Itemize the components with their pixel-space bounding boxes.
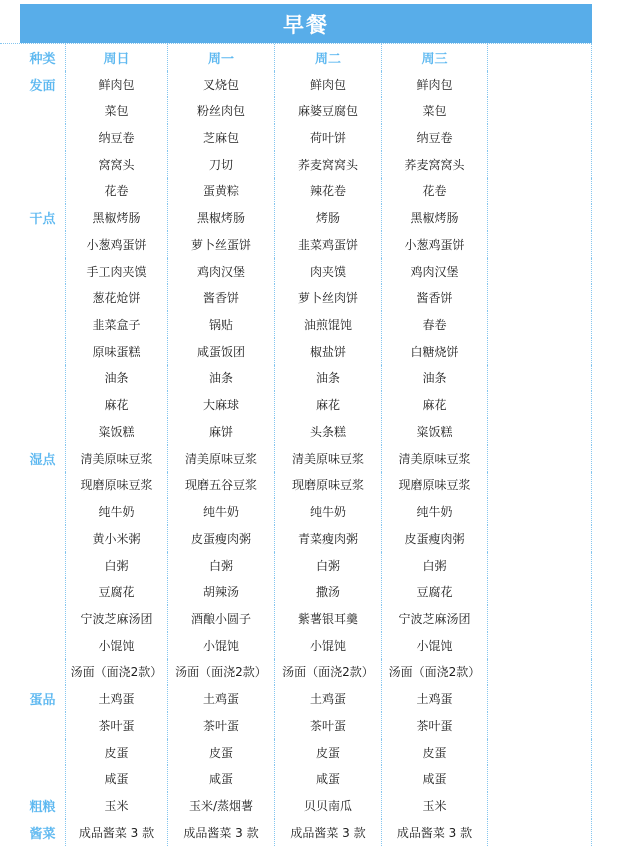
category-spacer-cell: [20, 151, 65, 178]
category-spacer-cell: [20, 178, 65, 205]
menu-cell: 成品酱菜 3 款: [274, 819, 381, 846]
menu-cell: 成品酱菜 3 款: [167, 819, 274, 846]
menu-cell: 酱香饼: [167, 284, 274, 311]
menu-cell: 土鸡蛋: [167, 685, 274, 712]
category-spacer-cell: [20, 659, 65, 686]
menu-cell: 白糖烧饼: [381, 338, 487, 365]
menu-cell: 现磨五谷豆浆: [167, 472, 274, 499]
menu-cell: 紫薯银耳羹: [274, 605, 381, 632]
menu-cell: 麻花: [381, 391, 487, 418]
menu-cell: 宁波芝麻汤团: [65, 605, 167, 632]
category-label: 发面: [20, 71, 65, 98]
category-spacer-cell: [20, 498, 65, 525]
menu-cell: 粢饭糕: [381, 418, 487, 445]
category-label: 酱菜: [20, 819, 65, 846]
menu-cell: 贝贝南瓜: [274, 792, 381, 819]
menu-cell: 鲜肉包: [65, 71, 167, 98]
menu-cell: 茶叶蛋: [381, 712, 487, 739]
menu-cell: 花卷: [65, 178, 167, 205]
header-divider-line: [0, 43, 592, 44]
menu-cell: 酱香饼: [381, 284, 487, 311]
menu-cell: 麻饼: [167, 418, 274, 445]
menu-cell: 白粥: [167, 552, 274, 579]
empty-cell: [487, 231, 592, 258]
menu-cell: 油条: [381, 365, 487, 392]
empty-cell: [487, 445, 592, 472]
menu-cell: 菜包: [381, 97, 487, 124]
menu-cell: 玉米/蒸烟薯: [167, 792, 274, 819]
category-spacer-cell: [20, 632, 65, 659]
menu-cell: 原味蛋糕: [65, 338, 167, 365]
empty-cell: [487, 765, 592, 792]
menu-cell: 皮蛋瘦肉粥: [381, 525, 487, 552]
empty-cell: [487, 204, 592, 231]
menu-cell: 清美原味豆浆: [381, 445, 487, 472]
menu-cell: 现磨原味豆浆: [65, 472, 167, 499]
menu-cell: 花卷: [381, 178, 487, 205]
category-spacer-cell: [20, 124, 65, 151]
menu-cell: 粉丝肉包: [167, 97, 274, 124]
menu-cell: 锅贴: [167, 311, 274, 338]
menu-cell: 皮蛋: [274, 739, 381, 766]
menu-cell: 酒酿小圆子: [167, 605, 274, 632]
menu-cell: 荞麦窝窝头: [381, 151, 487, 178]
menu-cell: 纯牛奶: [274, 498, 381, 525]
empty-cell: [487, 605, 592, 632]
menu-cell: 纳豆卷: [381, 124, 487, 151]
menu-cell: 现磨原味豆浆: [381, 472, 487, 499]
menu-cell: 黑椒烤肠: [381, 204, 487, 231]
menu-cell: 小馄饨: [381, 632, 487, 659]
empty-cell: [487, 819, 592, 846]
menu-cell: 鸡肉汉堡: [381, 258, 487, 285]
menu-cell: 春卷: [381, 311, 487, 338]
menu-cell: 现磨原味豆浆: [274, 472, 381, 499]
empty-cell: [487, 311, 592, 338]
menu-cell: 鸡肉汉堡: [167, 258, 274, 285]
menu-cell: 小馄饨: [274, 632, 381, 659]
menu-cell: 小葱鸡蛋饼: [65, 231, 167, 258]
empty-cell: [487, 739, 592, 766]
empty-cell: [487, 632, 592, 659]
menu-cell: 萝卜丝肉饼: [274, 284, 381, 311]
menu-cell: 皮蛋: [381, 739, 487, 766]
menu-cell: 肉夹馍: [274, 258, 381, 285]
category-spacer-cell: [20, 712, 65, 739]
category-spacer-cell: [20, 552, 65, 579]
menu-cell: 茶叶蛋: [167, 712, 274, 739]
menu-cell: 手工肉夹馍: [65, 258, 167, 285]
menu-cell: 茶叶蛋: [65, 712, 167, 739]
menu-cell: 刀切: [167, 151, 274, 178]
category-spacer-cell: [20, 578, 65, 605]
menu-cell: 黄小米粥: [65, 525, 167, 552]
menu-cell: 白粥: [274, 552, 381, 579]
category-spacer-cell: [20, 258, 65, 285]
empty-cell: [487, 97, 592, 124]
menu-cell: 辣花卷: [274, 178, 381, 205]
empty-cell: [487, 391, 592, 418]
category-spacer-cell: [20, 284, 65, 311]
menu-cell: 汤面（面浇2款）: [167, 659, 274, 686]
empty-cell: [487, 792, 592, 819]
column-header-category: 种类: [20, 44, 65, 71]
menu-cell: 清美原味豆浆: [65, 445, 167, 472]
menu-cell: 皮蛋: [167, 739, 274, 766]
menu-cell: 荷叶饼: [274, 124, 381, 151]
empty-cell: [487, 284, 592, 311]
menu-cell: 纯牛奶: [381, 498, 487, 525]
category-spacer-cell: [20, 472, 65, 499]
menu-cell: 豆腐花: [65, 578, 167, 605]
menu-cell: 纯牛奶: [167, 498, 274, 525]
column-header-day: 周二: [274, 44, 381, 71]
menu-cell: 韭菜鸡蛋饼: [274, 231, 381, 258]
menu-cell: 咸蛋: [274, 765, 381, 792]
category-label: 粗粮: [20, 792, 65, 819]
empty-cell: [487, 472, 592, 499]
empty-cell: [487, 685, 592, 712]
menu-cell: 白粥: [381, 552, 487, 579]
menu-cell: 头条糕: [274, 418, 381, 445]
category-spacer-cell: [20, 605, 65, 632]
menu-cell: 茶叶蛋: [274, 712, 381, 739]
menu-cell: 小馄饨: [65, 632, 167, 659]
menu-cell: 蛋黄粽: [167, 178, 274, 205]
category-spacer-cell: [20, 365, 65, 392]
category-spacer-cell: [20, 311, 65, 338]
menu-cell: 清美原味豆浆: [167, 445, 274, 472]
menu-cell: 纯牛奶: [65, 498, 167, 525]
empty-cell: [487, 418, 592, 445]
column-header-day: 周一: [167, 44, 274, 71]
menu-cell: 汤面（面浇2款）: [274, 659, 381, 686]
empty-cell: [487, 258, 592, 285]
menu-cell: 皮蛋瘦肉粥: [167, 525, 274, 552]
menu-cell: 荞麦窝窝头: [274, 151, 381, 178]
breakfast-menu-sheet: 早餐 种类周日周一周二周三发面鲜肉包叉烧包鲜肉包鲜肉包菜包粉丝肉包麻婆豆腐包菜包…: [20, 4, 592, 846]
category-spacer-cell: [20, 765, 65, 792]
empty-cell: [487, 498, 592, 525]
menu-cell: 萝卜丝蛋饼: [167, 231, 274, 258]
category-spacer-cell: [20, 418, 65, 445]
menu-cell: 麻花: [65, 391, 167, 418]
menu-cell: 菜包: [65, 97, 167, 124]
menu-cell: 土鸡蛋: [274, 685, 381, 712]
menu-cell: 油煎馄饨: [274, 311, 381, 338]
menu-cell: 咸蛋: [381, 765, 487, 792]
menu-cell: 鲜肉包: [274, 71, 381, 98]
menu-cell: 粢饭糕: [65, 418, 167, 445]
menu-cell: 油条: [274, 365, 381, 392]
menu-cell: 油条: [167, 365, 274, 392]
category-spacer-cell: [20, 391, 65, 418]
empty-cell: [487, 71, 592, 98]
menu-cell: 烤肠: [274, 204, 381, 231]
menu-table: 种类周日周一周二周三发面鲜肉包叉烧包鲜肉包鲜肉包菜包粉丝肉包麻婆豆腐包菜包纳豆卷…: [20, 44, 592, 846]
column-header-empty: [487, 44, 592, 71]
menu-cell: 椒盐饼: [274, 338, 381, 365]
empty-cell: [487, 151, 592, 178]
menu-cell: 咸蛋饭团: [167, 338, 274, 365]
empty-cell: [487, 365, 592, 392]
menu-cell: 皮蛋: [65, 739, 167, 766]
menu-cell: 汤面（面浇2款）: [65, 659, 167, 686]
empty-cell: [487, 552, 592, 579]
menu-cell: 黑椒烤肠: [167, 204, 274, 231]
menu-cell: 玉米: [381, 792, 487, 819]
empty-cell: [487, 124, 592, 151]
column-header-day: 周三: [381, 44, 487, 71]
table-title: 早餐: [20, 4, 592, 43]
menu-cell: 叉烧包: [167, 71, 274, 98]
column-header-day: 周日: [65, 44, 167, 71]
menu-cell: 麻婆豆腐包: [274, 97, 381, 124]
category-label: 湿点: [20, 445, 65, 472]
menu-cell: 油条: [65, 365, 167, 392]
menu-cell: 鲜肉包: [381, 71, 487, 98]
empty-cell: [487, 338, 592, 365]
menu-cell: 宁波芝麻汤团: [381, 605, 487, 632]
category-spacer-cell: [20, 231, 65, 258]
menu-cell: 大麻球: [167, 391, 274, 418]
menu-cell: 土鸡蛋: [65, 685, 167, 712]
category-label: 蛋品: [20, 685, 65, 712]
menu-cell: 清美原味豆浆: [274, 445, 381, 472]
menu-cell: 成品酱菜 3 款: [381, 819, 487, 846]
menu-cell: 韭菜盒子: [65, 311, 167, 338]
menu-cell: 汤面（面浇2款）: [381, 659, 487, 686]
menu-cell: 黑椒烤肠: [65, 204, 167, 231]
empty-cell: [487, 659, 592, 686]
category-spacer-cell: [20, 739, 65, 766]
menu-cell: 白粥: [65, 552, 167, 579]
empty-cell: [487, 178, 592, 205]
menu-cell: 土鸡蛋: [381, 685, 487, 712]
menu-cell: 咸蛋: [65, 765, 167, 792]
menu-cell: 窝窝头: [65, 151, 167, 178]
category-spacer-cell: [20, 97, 65, 124]
menu-cell: 芝麻包: [167, 124, 274, 151]
menu-cell: 葱花炝饼: [65, 284, 167, 311]
empty-cell: [487, 712, 592, 739]
menu-cell: 小馄饨: [167, 632, 274, 659]
category-spacer-cell: [20, 338, 65, 365]
menu-cell: 纳豆卷: [65, 124, 167, 151]
category-spacer-cell: [20, 525, 65, 552]
menu-cell: 成品酱菜 3 款: [65, 819, 167, 846]
menu-cell: 小葱鸡蛋饼: [381, 231, 487, 258]
menu-cell: 撒汤: [274, 578, 381, 605]
menu-cell: 豆腐花: [381, 578, 487, 605]
menu-cell: 麻花: [274, 391, 381, 418]
category-label: 干点: [20, 204, 65, 231]
menu-cell: 青菜瘦肉粥: [274, 525, 381, 552]
menu-cell: 胡辣汤: [167, 578, 274, 605]
menu-cell: 玉米: [65, 792, 167, 819]
empty-cell: [487, 525, 592, 552]
menu-cell: 咸蛋: [167, 765, 274, 792]
empty-cell: [487, 578, 592, 605]
